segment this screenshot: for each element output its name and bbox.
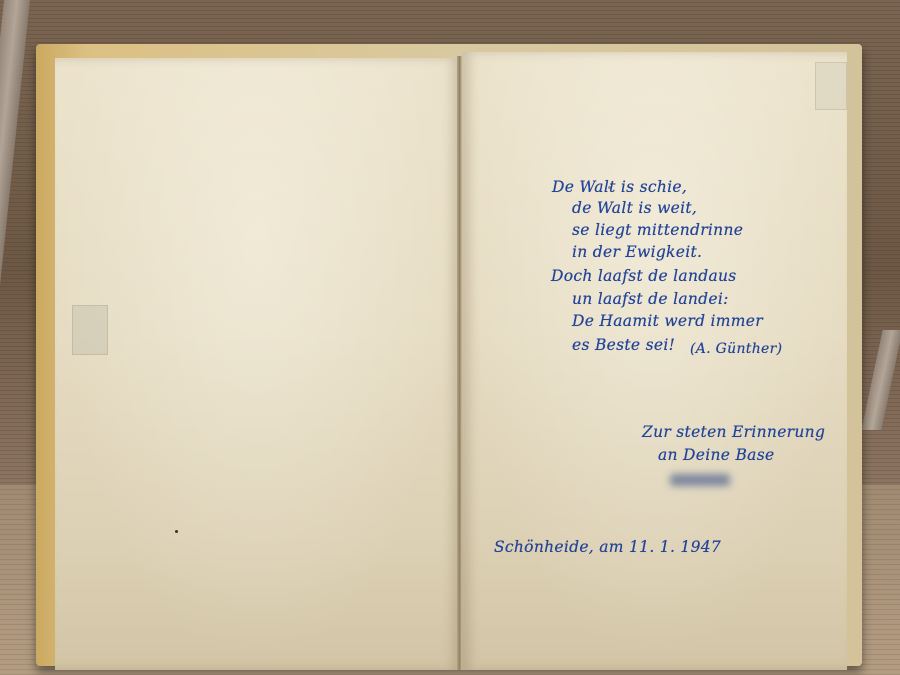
right-page (462, 52, 847, 670)
poem-line: de Walt is weit, (572, 199, 697, 217)
poem-author: (A. Günther) (690, 341, 782, 357)
place-and-date: Schönheide, am 11. 1. 1947 (494, 538, 721, 556)
tape-piece-right (815, 62, 847, 110)
tape-piece-left (72, 305, 108, 355)
book-spine-gutter (457, 56, 462, 670)
poem-line: De Haamit werd immer (572, 312, 763, 330)
poem-line: es Beste sei! (572, 336, 675, 354)
left-page-blank (55, 58, 460, 670)
poem-line: un laafst de landei: (572, 290, 729, 308)
dedication-line-1: Zur steten Erinnerung (642, 423, 825, 441)
paper-speck (175, 530, 178, 533)
blurred-signature (670, 474, 730, 486)
poem-line: Doch laafst de landaus (551, 267, 737, 285)
poem-line: se liegt mittendrinne (572, 221, 743, 239)
poem-line: De Walt is schie, (552, 178, 687, 196)
dedication-line-2: an Deine Base (658, 446, 774, 464)
poem-line: in der Ewigkeit. (572, 243, 702, 261)
